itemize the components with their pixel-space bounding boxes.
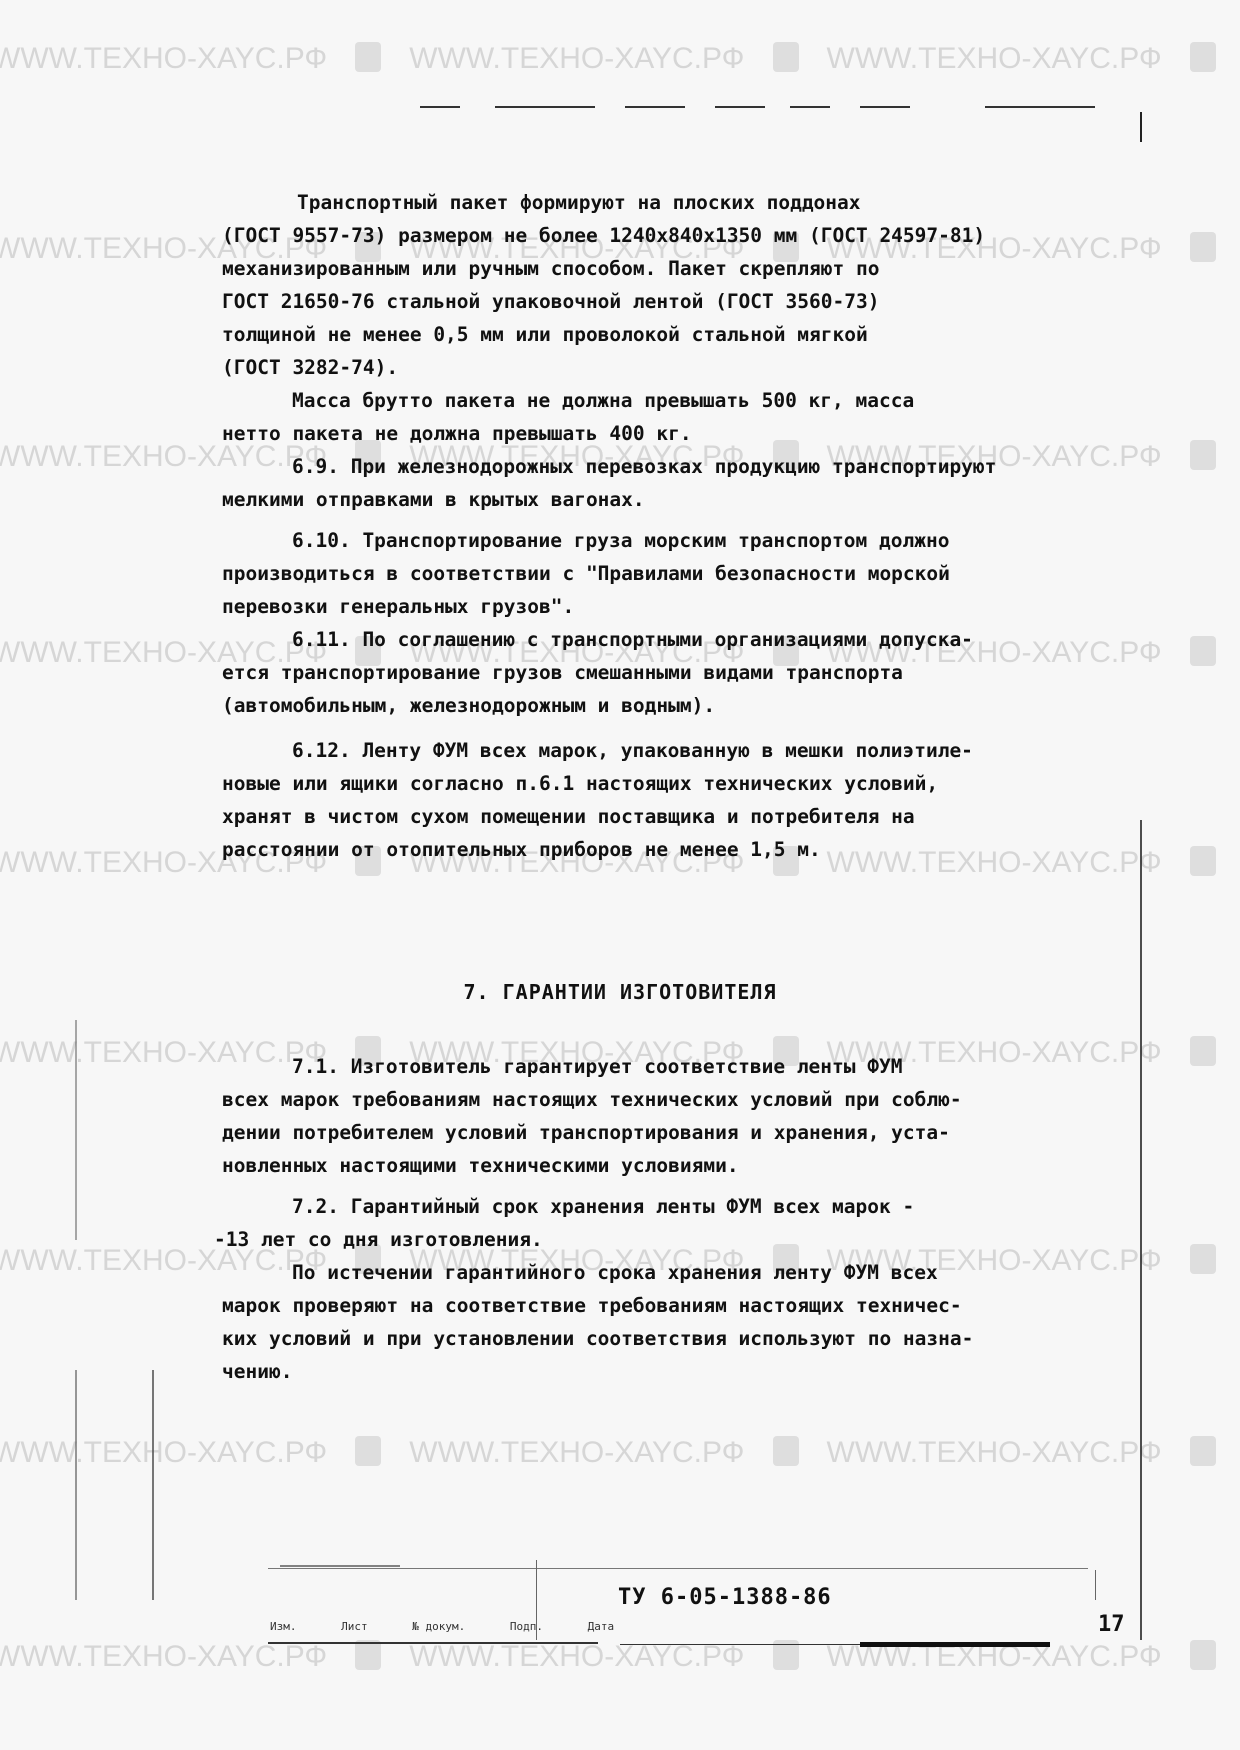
house-logo-icon [1190,232,1216,262]
stamp-bottom-rule [860,1642,1050,1647]
stamp-bottom-rule [620,1644,860,1645]
section-6-text: Транспортный пакет формируют на плоских … [222,186,1142,866]
watermark-text: WWW.TEXHO-XAYC.РФ [0,42,327,76]
stamp-labels: Изм. Лист № докум. Подп. Дата [270,1620,652,1633]
text-line: (ГОСТ 3282-74). [222,351,1142,384]
text-line: перевозки генеральных грузов". [222,590,1142,623]
paragraph-mass: Масса брутто пакета не должна превышать … [222,384,1142,450]
watermark-text: WWW.TEXHO-XAYC.РФ [409,1640,744,1674]
text-line: марок проверяют на соответствие требован… [222,1289,1142,1322]
text-line: всех марок требованиям настоящих техниче… [222,1083,1142,1116]
text-line: новленных настоящими техническими услови… [222,1149,1142,1182]
house-logo-icon [1190,1244,1216,1274]
top-rule [420,106,460,108]
paragraph-6-12: 6.12. Ленту ФУМ всех марок, упакованную … [222,734,1142,866]
right-border-mark [1140,112,1142,142]
text-line: (автомобильным, железнодорожным и водным… [222,689,1142,722]
text-line: мелкими отправками в крытых вагонах. [222,483,1142,516]
text-line: 6.10. Транспортирование груза морским тр… [222,524,1142,557]
text-line: 6.11. По соглашению с транспортными орга… [222,623,1142,656]
watermark-row: WWW.TEXHO-XAYC.РФWWW.TEXHO-XAYC.РФWWW.TE… [0,1436,1232,1470]
paragraph-packet: Транспортный пакет формируют на плоских … [222,186,1142,384]
house-logo-icon [355,1436,381,1466]
watermark-text: WWW.TEXHO-XAYC.РФ [0,1640,327,1674]
text-line: 7.1. Изготовитель гарантирует соответств… [222,1050,1142,1083]
stamp-label: Лист [341,1620,368,1633]
text-line: новые или ящики согласно п.6.1 настоящих… [222,767,1142,800]
text-line: производиться в соответствии с "Правилам… [222,557,1142,590]
text-line: 6.12. Ленту ФУМ всех марок, упакованную … [222,734,1142,767]
house-logo-icon [1190,1640,1216,1670]
house-logo-icon [1190,846,1216,876]
house-logo-icon [1190,1436,1216,1466]
stamp-top-rule [268,1568,1088,1569]
watermark-text: WWW.TEXHO-XAYC.РФ [409,42,744,76]
house-logo-icon [355,1640,381,1670]
text-line: хранят в чистом сухом помещении поставщи… [222,800,1142,833]
paragraph-7-1: 7.1. Изготовитель гарантирует соответств… [222,1050,1142,1182]
text-line: ется транспортирование грузов смешанными… [222,656,1142,689]
house-logo-icon [1190,440,1216,470]
top-rule [715,106,765,108]
stamp-divider [1095,1570,1096,1600]
page-number: 17 [1098,1612,1125,1637]
stamp-bottom-rule [268,1642,598,1644]
stamp-label: Изм. [270,1620,297,1633]
text-line: 7.2. Гарантийный срок хранения ленты ФУМ… [222,1190,1142,1223]
binding-mark [152,1370,154,1600]
text-line: ГОСТ 21650-76 стальной упаковочной ленто… [222,285,1142,318]
text-line: (ГОСТ 9557-73) размером не более 1240х84… [222,219,1142,252]
text-line: расстоянии от отопительных приборов не м… [222,833,1142,866]
text-line: чению. [222,1355,1142,1388]
binding-mark [75,1020,77,1240]
stamp-rule [280,1565,400,1567]
top-rule [625,106,685,108]
text-line: дении потребителем условий транспортиров… [222,1116,1142,1149]
stamp-label: Дата [588,1620,615,1633]
paragraph-expiry: По истечении гарантийного срока хранения… [222,1256,1142,1388]
top-rule [860,106,910,108]
top-rule [985,106,1095,108]
top-rule [790,106,830,108]
paragraph-7-2: 7.2. Гарантийный срок хранения ленты ФУМ… [222,1190,1142,1256]
house-logo-icon [355,42,381,72]
text-line: нетто пакета не должна превышать 400 кг. [222,417,1142,450]
top-rule [495,106,595,108]
text-line: 6.9. При железнодорожных перевозках прод… [222,450,1142,483]
house-logo-icon [773,42,799,72]
text-line: По истечении гарантийного срока хранения… [222,1256,1142,1289]
watermark-text: WWW.TEXHO-XAYC.РФ [409,1436,744,1470]
text-line: -13 лет со дня изготовления. [214,1223,1142,1256]
text-line: Транспортный пакет формируют на плоских … [222,186,1142,219]
paragraph-6-9: 6.9. При железнодорожных перевозках прод… [222,450,1142,516]
text-line: ких условий и при установлении соответст… [222,1322,1142,1355]
text-line: толщиной не менее 0,5 мм или проволокой … [222,318,1142,351]
text-line: Масса брутто пакета не должна превышать … [222,384,1142,417]
paragraph-6-10: 6.10. Транспортирование груза морским тр… [222,524,1142,623]
house-logo-icon [1190,636,1216,666]
section-7-text: 7.1. Изготовитель гарантирует соответств… [222,1050,1142,1388]
text-line: механизированным или ручным способом. Па… [222,252,1142,285]
paragraph-6-11: 6.11. По соглашению с транспортными орга… [222,623,1142,722]
document-number: ТУ 6-05-1388-86 [618,1585,832,1610]
house-logo-icon [1190,42,1216,72]
stamp-label: Подп. [510,1620,543,1633]
watermark-text: WWW.TEXHO-XAYC.РФ [827,42,1162,76]
watermark-text: WWW.TEXHO-XAYC.РФ [827,1436,1162,1470]
binding-mark [75,1370,77,1600]
section-7-heading: 7. ГАРАНТИИ ИЗГОТОВИТЕЛЯ [0,980,1240,1004]
watermark-text: WWW.TEXHO-XAYC.РФ [0,1436,327,1470]
watermark-row: WWW.TEXHO-XAYC.РФWWW.TEXHO-XAYC.РФWWW.TE… [0,42,1232,76]
house-logo-icon [1190,1036,1216,1066]
stamp-label: № докум. [412,1620,465,1633]
house-logo-icon [773,1436,799,1466]
